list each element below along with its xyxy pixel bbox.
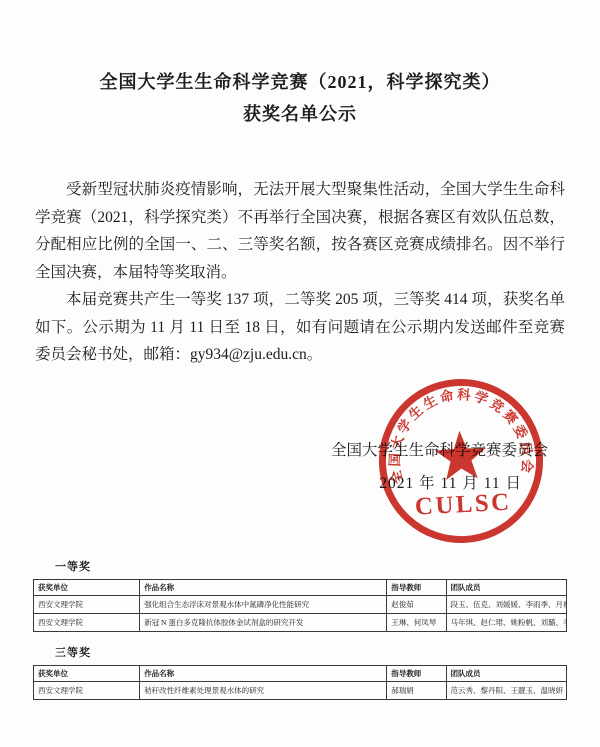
awards-table-first-prize: 获奖单位 作品名称 指导教师 团队成员 西安文理学院 强化组合生态浮床对景观水体…	[33, 579, 567, 632]
col-header-work: 作品名称	[140, 666, 387, 682]
announcement-body: 受新型冠状肺炎疫情影响，无法开展大型聚集性活动，全国大学生生命科学竞赛（2021…	[35, 176, 565, 369]
cell-team: 段玉、伍克、刘媛媛、李雨季、月林	[446, 596, 567, 614]
awards-section: 一等奖 获奖单位 作品名称 指导教师 团队成员 西安文理学院 强化组合生态浮床对…	[33, 558, 567, 700]
signature-date: 2021 年 11 月 11 日	[0, 471, 522, 493]
signature-committee: 全国大学生生命科学竞赛委员会	[0, 438, 548, 460]
paragraph-2: 本届竞赛共产生一等奖 137 项，二等奖 205 项，三等奖 414 项，获奖名…	[35, 286, 565, 369]
cell-unit: 西安文理学院	[34, 614, 140, 632]
official-seal-stamp: 全国大学生生命科学竞赛委员会 CULSC	[370, 370, 553, 553]
cell-teacher: 王琳、何凤琴	[387, 614, 446, 632]
seal-acronym: CULSC	[414, 489, 512, 521]
cell-teacher: 郝瑞娟	[387, 682, 446, 700]
paragraph-1: 受新型冠状肺炎疫情影响，无法开展大型聚集性活动，全国大学生生命科学竞赛（2021…	[35, 176, 565, 286]
col-header-team: 团队成员	[446, 666, 567, 682]
seal-ring	[378, 378, 543, 543]
col-header-work: 作品名称	[140, 580, 387, 596]
page-title-line1: 全国大学生生命科学竞赛（2021，科学探究类）	[0, 66, 600, 98]
cell-team: 马年琪、赵仁珺、姚粉帆、刘璐、李衡	[446, 614, 567, 632]
award-label-third-prize: 三等奖	[55, 644, 567, 660]
cell-work: 强化组合生态浮床对景观水体中氮磷净化性能研究	[140, 596, 387, 614]
table-row: 西安文理学院 秸秆改性纤维素处理景观水体的研究 郝瑞娟 范云秀、黎丹阳、王靓玉、…	[34, 682, 567, 700]
table-row: 西安文理学院 新冠 N 蛋白多克隆抗体胶体金试剂盒的研究开发 王琳、何凤琴 马年…	[34, 614, 567, 632]
cell-work: 秸秆改性纤维素处理景观水体的研究	[140, 682, 387, 700]
page-title-line2: 获奖名单公示	[0, 98, 600, 130]
page-title: 全国大学生生命科学竞赛（2021，科学探究类） 获奖名单公示	[0, 66, 600, 130]
table-header-row: 获奖单位 作品名称 指导教师 团队成员	[34, 580, 567, 596]
awards-table-third-prize: 获奖单位 作品名称 指导教师 团队成员 西安文理学院 秸秆改性纤维素处理景观水体…	[33, 665, 567, 700]
award-label-first-prize: 一等奖	[55, 558, 567, 574]
col-header-unit: 获奖单位	[34, 666, 140, 682]
cell-unit: 西安文理学院	[34, 682, 140, 700]
col-header-teacher: 指导教师	[387, 580, 446, 596]
col-header-unit: 获奖单位	[34, 580, 140, 596]
cell-unit: 西安文理学院	[34, 596, 140, 614]
table-row: 西安文理学院 强化组合生态浮床对景观水体中氮磷净化性能研究 赵俊茹 段玉、伍克、…	[34, 596, 567, 614]
col-header-teacher: 指导教师	[387, 666, 446, 682]
table-header-row: 获奖单位 作品名称 指导教师 团队成员	[34, 666, 567, 682]
cell-work: 新冠 N 蛋白多克隆抗体胶体金试剂盒的研究开发	[140, 614, 387, 632]
col-header-team: 团队成员	[446, 580, 567, 596]
cell-teacher: 赵俊茹	[387, 596, 446, 614]
cell-team: 范云秀、黎丹阳、王靓玉、温晓妍	[446, 682, 567, 700]
